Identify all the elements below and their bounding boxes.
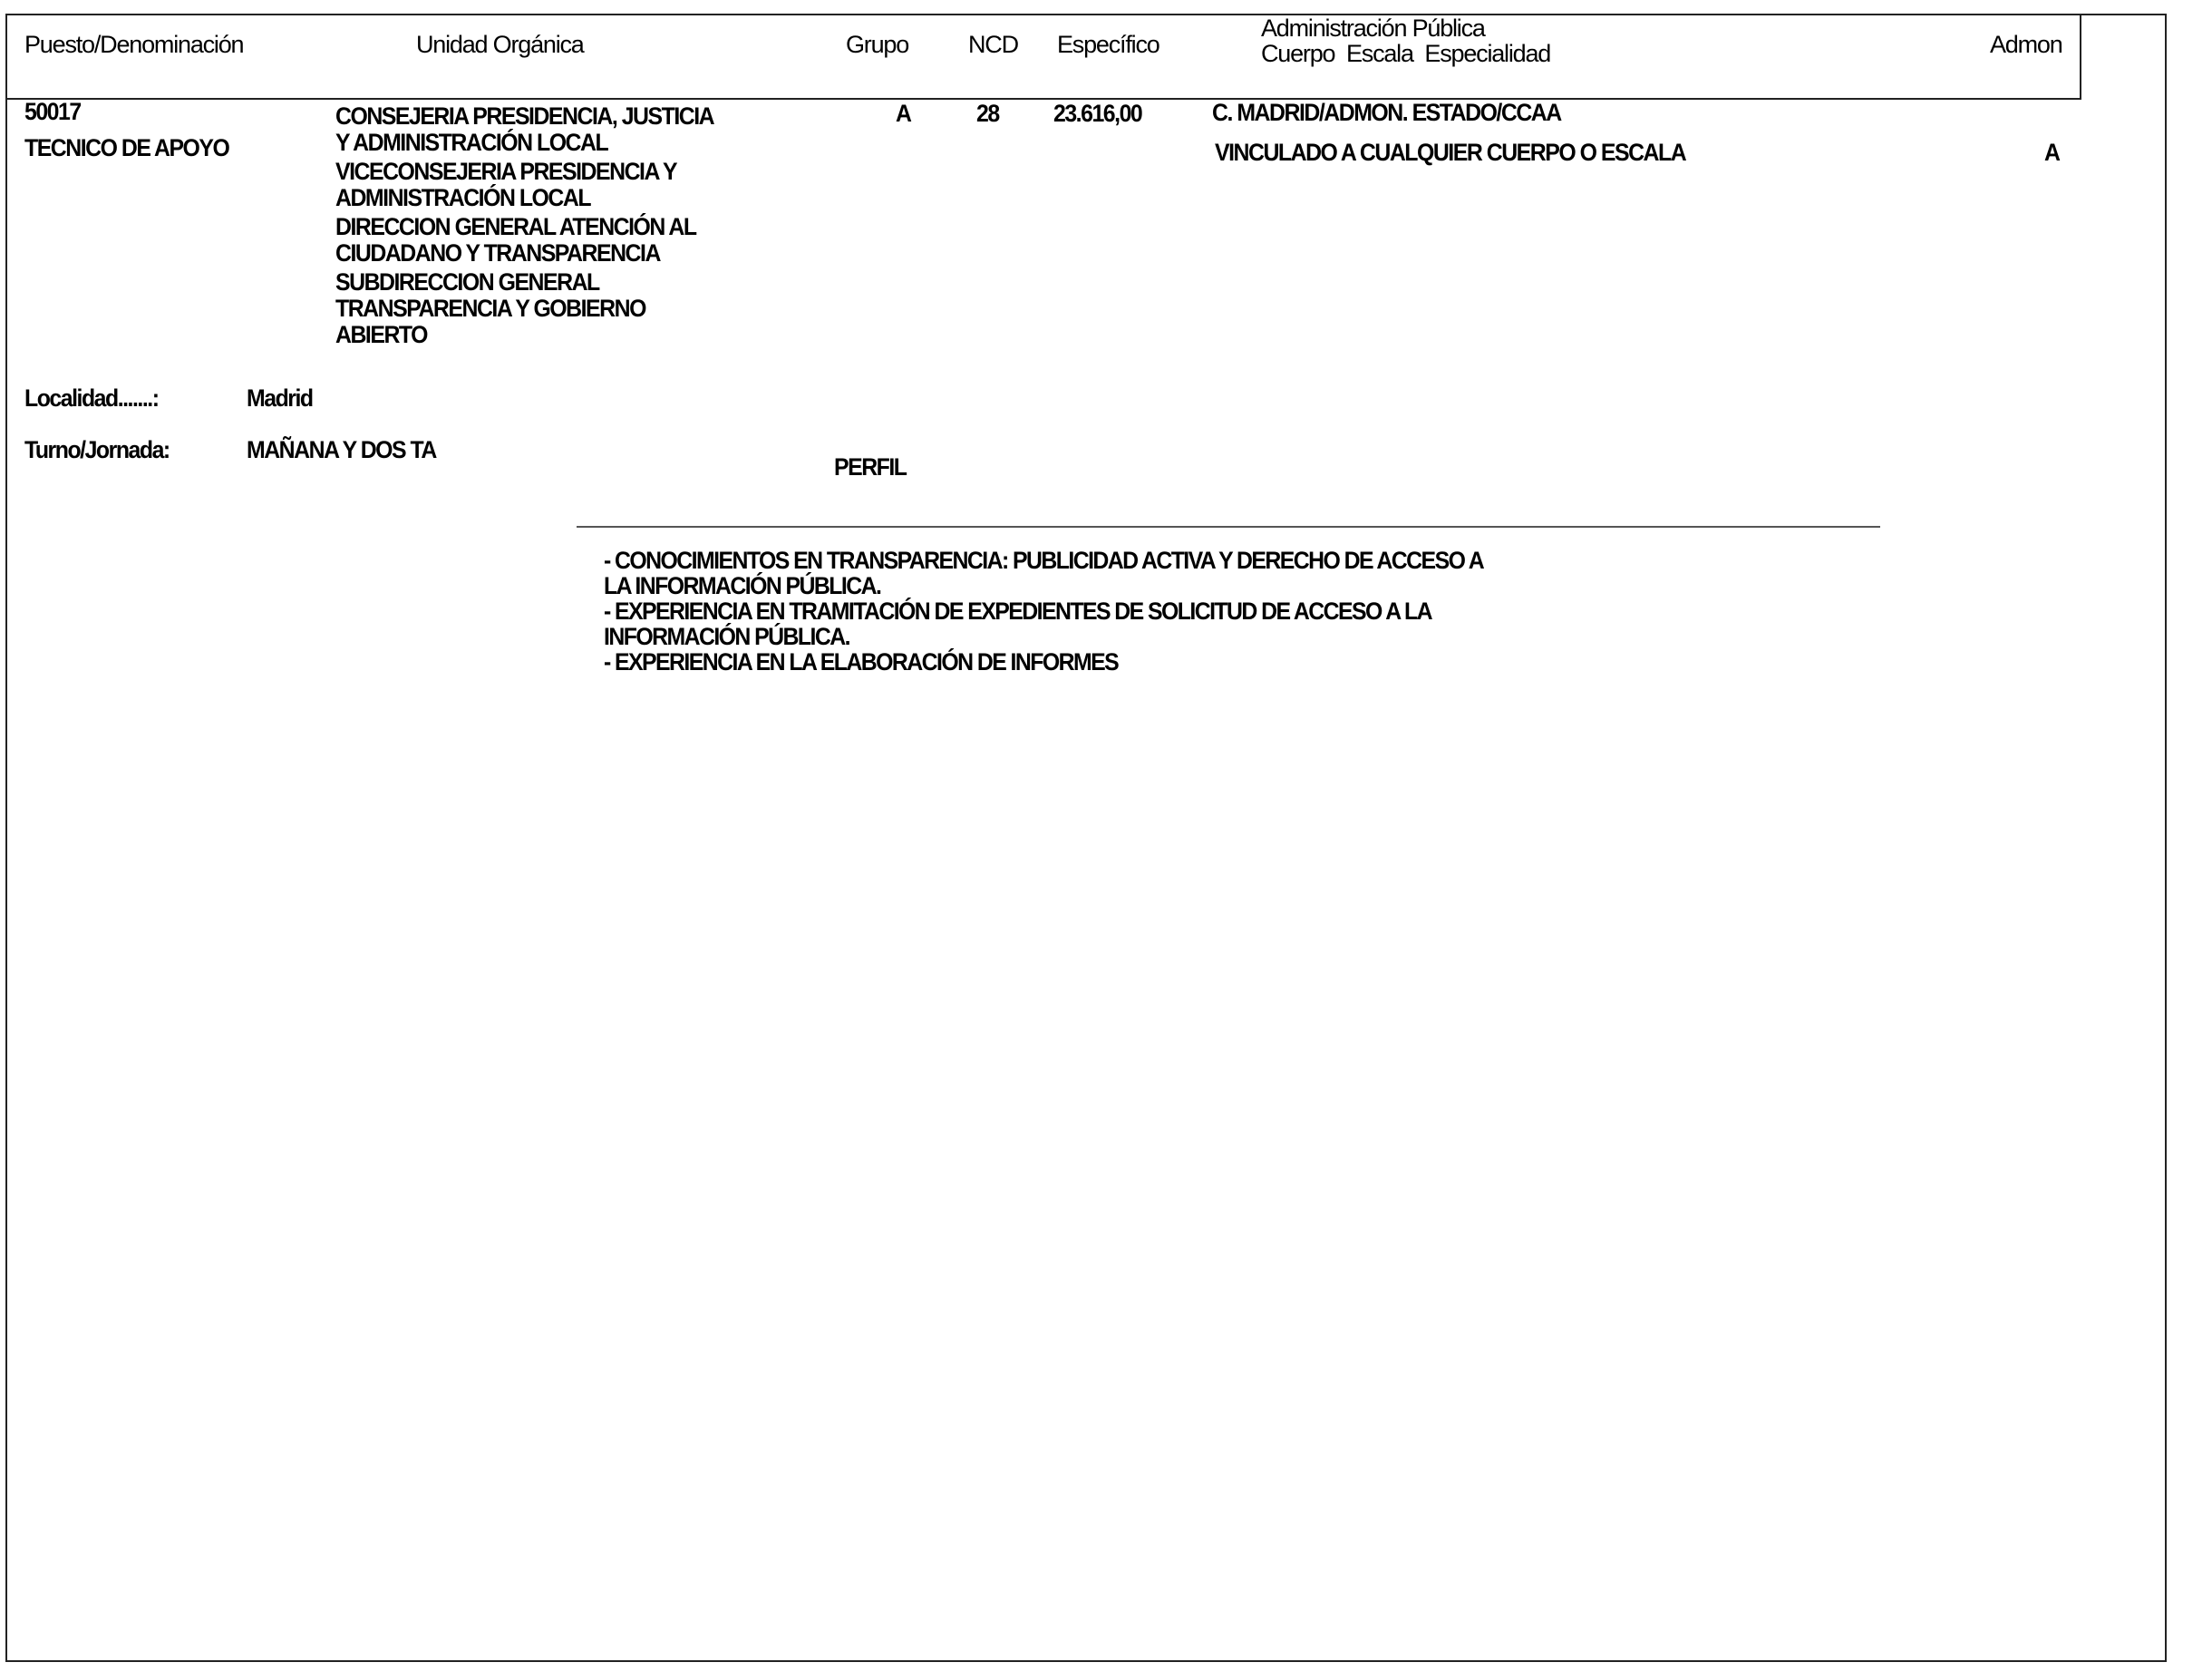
perfil-line: - CONOCIMIENTOS EN TRANSPARENCIA: PUBLIC… <box>604 548 1483 573</box>
header-grupo: Grupo <box>846 31 908 59</box>
header-puesto: Puesto/Denominación <box>24 31 243 59</box>
unidad-organica-line: VICECONSEJERIA PRESIDENCIA Y <box>335 159 713 185</box>
header-cuerpo-escala: Cuerpo Escala Especialidad <box>1261 40 1550 68</box>
unidad-organica-item: SUBDIRECCION GENERALTRANSPARENCIA Y GOBI… <box>335 269 713 348</box>
perfil-line: - EXPERIENCIA EN TRAMITACIÓN DE EXPEDIEN… <box>604 598 1483 624</box>
header-admon: Admon <box>1990 31 2062 59</box>
unidad-organica-line: SUBDIRECCION GENERAL <box>335 269 713 296</box>
header-ncd: NCD <box>968 31 1018 59</box>
ncd-value: 28 <box>976 100 999 128</box>
perfil-line: - EXPERIENCIA EN LA ELABORACIÓN DE INFOR… <box>604 649 1483 675</box>
perfil-line: LA INFORMACIÓN PÚBLICA. <box>604 573 1483 598</box>
especifico-value: 23.616,00 <box>1053 100 1141 128</box>
administracion-value: C. MADRID/ADMON. ESTADO/CCAA <box>1212 99 1561 127</box>
unidad-organica-item: DIRECCION GENERAL ATENCIÓN ALCIUDADANO Y… <box>335 214 713 267</box>
unidad-organica-item: VICECONSEJERIA PRESIDENCIA YADMINISTRACI… <box>335 159 713 211</box>
localidad-value: Madrid <box>247 384 313 413</box>
unidad-organica: CONSEJERIA PRESIDENCIA, JUSTICIAY ADMINI… <box>335 103 713 351</box>
header-especifico: Específico <box>1057 31 1159 59</box>
perfil-line: INFORMACIÓN PÚBLICA. <box>604 624 1483 649</box>
unidad-organica-line: Y ADMINISTRACIÓN LOCAL <box>335 130 713 156</box>
header-unidad: Unidad Orgánica <box>416 31 584 59</box>
perfil-title: PERFIL <box>834 453 906 481</box>
localidad-label: Localidad.......: <box>24 384 159 413</box>
turno-value: MAÑANA Y DOS TA <box>247 436 436 464</box>
admon-value: A <box>2044 139 2059 167</box>
unidad-organica-line: ABIERTO <box>335 322 713 348</box>
unidad-organica-line: DIRECCION GENERAL ATENCIÓN AL <box>335 214 713 240</box>
turno-label: Turno/Jornada: <box>24 436 170 464</box>
cuerpo-escala-value: VINCULADO A CUALQUIER CUERPO O ESCALA <box>1215 139 1685 167</box>
puesto-denominacion: TECNICO DE APOYO <box>24 134 228 162</box>
unidad-organica-line: CIUDADANO Y TRANSPARENCIA <box>335 240 713 267</box>
header-admin-publica: Administración Pública <box>1261 15 1485 43</box>
puesto-code: 50017 <box>24 98 81 126</box>
perfil-text: - CONOCIMIENTOS EN TRANSPARENCIA: PUBLIC… <box>604 548 1483 675</box>
table-header <box>5 14 2081 100</box>
perfil-divider <box>577 526 1880 528</box>
unidad-organica-line: TRANSPARENCIA Y GOBIERNO <box>335 296 713 322</box>
unidad-organica-item: CONSEJERIA PRESIDENCIA, JUSTICIAY ADMINI… <box>335 103 713 156</box>
unidad-organica-line: ADMINISTRACIÓN LOCAL <box>335 185 713 211</box>
page-frame <box>5 14 2167 1662</box>
grupo-value: A <box>896 100 910 128</box>
unidad-organica-line: CONSEJERIA PRESIDENCIA, JUSTICIA <box>335 103 713 130</box>
